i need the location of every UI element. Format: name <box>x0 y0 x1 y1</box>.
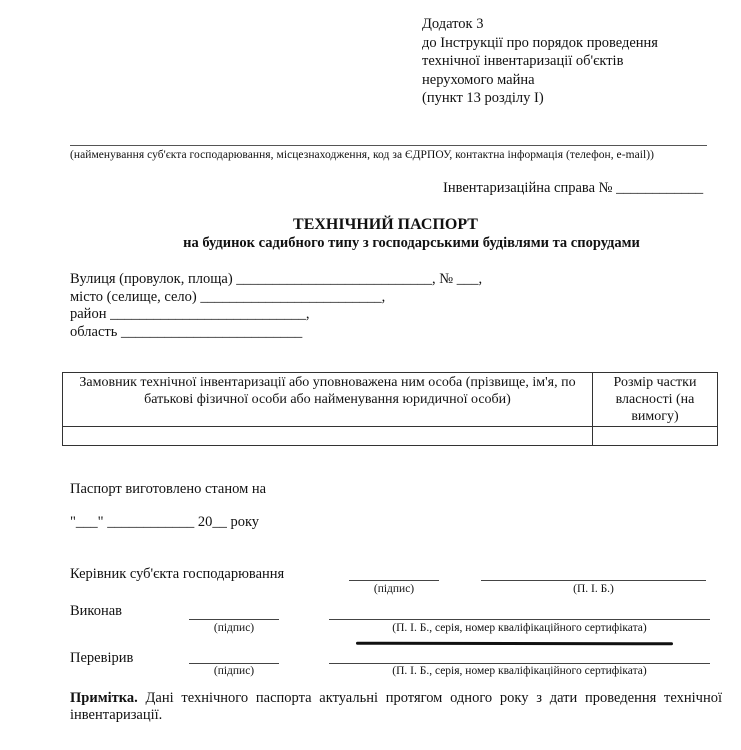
inventory-case-field: ____________ <box>616 180 703 196</box>
head-signature-line <box>349 580 439 581</box>
head-name-line <box>481 580 706 581</box>
head-signature-caption: (підпис) <box>349 583 439 595</box>
executed-role-label: Виконав <box>70 603 122 620</box>
checked-signature-line <box>189 663 279 664</box>
executed-signature-caption: (підпис) <box>189 622 279 634</box>
head-role-label: Керівник суб'єкта господарювання <box>70 566 284 583</box>
checked-role-label: Перевірив <box>70 650 133 667</box>
appendix-header: Додаток 3 до Інструкції про порядок пров… <box>422 15 658 108</box>
district-field: район ___________________________, <box>70 306 482 324</box>
appendix-line: технічної інвентаризації об'єктів <box>422 52 658 71</box>
checked-signature-caption: (підпис) <box>189 665 279 677</box>
owner-table: Замовник технічної інвентаризації або уп… <box>62 372 718 446</box>
appendix-line: до Інструкції про порядок проведення <box>422 34 658 53</box>
share-cell <box>593 427 718 446</box>
street-field: Вулиця (провулок, площа) _______________… <box>70 271 482 289</box>
appendix-line: нерухомого майна <box>422 71 658 90</box>
address-block: Вулиця (провулок, площа) _______________… <box>70 271 482 341</box>
city-field: місто (селище, село) ___________________… <box>70 289 482 307</box>
header-customer: Замовник технічної інвентаризації або уп… <box>63 373 593 427</box>
organization-fill-line <box>70 145 707 146</box>
head-name-caption: (П. І. Б.) <box>481 583 706 595</box>
prepared-label: Паспорт виготовлено станом на <box>70 481 266 498</box>
document-title: ТЕХНІЧНИЙ ПАСПОРТ <box>0 216 741 234</box>
executed-signature-line <box>189 619 279 620</box>
handwritten-pen-stroke <box>356 642 673 646</box>
checked-name-line <box>329 663 710 664</box>
prepared-date: "___" ____________ 20__ року <box>70 514 259 531</box>
checked-name-caption: (П. І. Б., серія, номер кваліфікаційного… <box>329 665 710 677</box>
inventory-case-number: Інвентаризаційна справа № ____________ <box>443 180 703 197</box>
table-header-row: Замовник технічної інвентаризації або уп… <box>63 373 718 427</box>
note-label: Примітка. <box>70 690 138 706</box>
inventory-case-label: Інвентаризаційна справа № <box>443 180 612 196</box>
note-text: Дані технічного паспорта актуальні протя… <box>70 690 722 723</box>
executed-name-caption: (П. І. Б., серія, номер кваліфікаційного… <box>329 622 710 634</box>
customer-cell <box>63 427 593 446</box>
appendix-line: (пункт 13 розділу I) <box>422 89 658 108</box>
appendix-line: Додаток 3 <box>422 15 658 34</box>
note: Примітка. Дані технічного паспорта актуа… <box>70 690 722 724</box>
executed-name-line <box>329 619 710 620</box>
table-row <box>63 427 718 446</box>
region-field: область _________________________ <box>70 324 482 342</box>
document-subtitle: на будинок садибного типу з господарськи… <box>0 235 741 252</box>
header-share: Розмір частки власності (на вимогу) <box>593 373 718 427</box>
organization-caption: (найменування суб'єкта господарювання, м… <box>70 149 654 161</box>
